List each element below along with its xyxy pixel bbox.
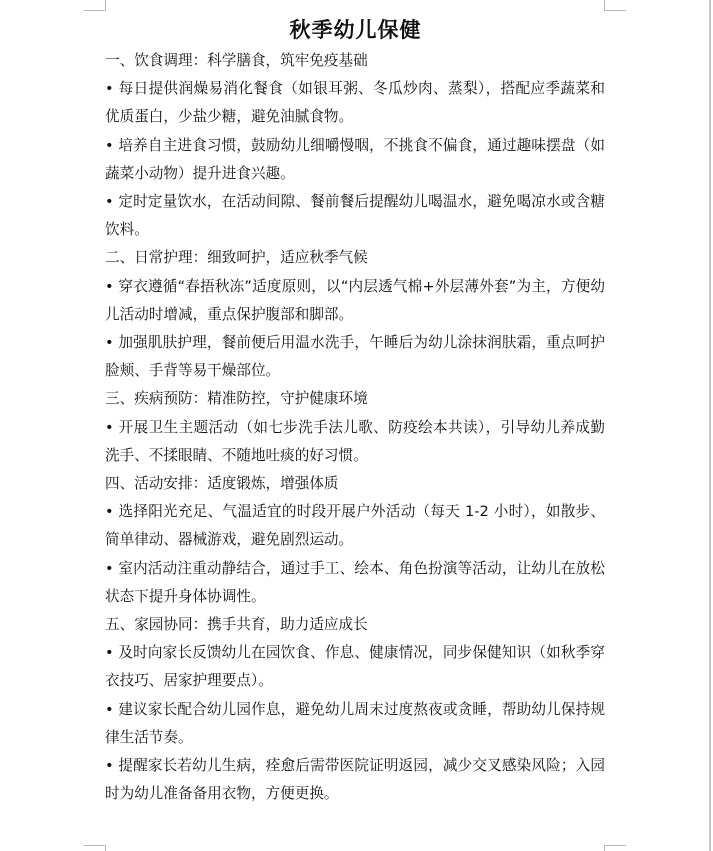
document-title: 秋季幼儿保健 — [0, 14, 711, 44]
bullet-item: • 室内活动注重动静结合，通过手工、绘本、角色扮演等活动，让幼儿在放松状态下提升… — [105, 555, 605, 611]
bullet-item: • 提醒家长若幼儿生病，痊愈后需带医院证明返园，减少交叉感染风险；入园时为幼儿准… — [105, 752, 605, 808]
bullet-item: • 培养自主进食习惯，鼓励幼儿细嚼慢咽，不挑食不偏食，通过趣味摆盘（如蔬菜小动物… — [105, 132, 605, 188]
bullet-item: • 开展卫生主题活动（如七步洗手法儿歌、防疫绘本共读），引导幼儿养成勤洗手、不揉… — [105, 414, 605, 470]
margin-mark-top-left — [84, 0, 106, 11]
section-heading: 二、日常护理：细致呵护，适应秋季气候 — [105, 244, 605, 272]
bullet-item: • 定时定量饮水，在活动间隙、餐前餐后提醒幼儿喝温水，避免喝凉水或含糖饮料。 — [105, 188, 605, 244]
margin-mark-bottom-left — [84, 845, 106, 851]
section-heading: 三、疾病预防：精准防控，守护健康环境 — [105, 385, 605, 413]
document-body[interactable]: 一、饮食调理：科学膳食，筑牢免疫基础 • 每日提供润燥易消化餐食（如银耳粥、冬瓜… — [105, 47, 605, 808]
section-heading: 一、饮食调理：科学膳食，筑牢免疫基础 — [105, 47, 605, 75]
bullet-item: • 建议家长配合幼儿园作息，避免幼儿周末过度熬夜或贪睡，帮助幼儿保持规律生活节奏… — [105, 696, 605, 752]
section-heading: 五、家园协同：携手共育，助力适应成长 — [105, 611, 605, 639]
section-heading: 四、活动安排：适度锻炼，增强体质 — [105, 470, 605, 498]
bullet-item: • 及时向家长反馈幼儿在园饮食、作息、健康情况，同步保健知识（如秋季穿衣技巧、居… — [105, 639, 605, 695]
bullet-item: • 选择阳光充足、气温适宜的时段开展户外活动（每天 1-2 小时），如散步、简单… — [105, 498, 605, 554]
document-page[interactable]: 秋季幼儿保健 一、饮食调理：科学膳食，筑牢免疫基础 • 每日提供润燥易消化餐食（… — [0, 0, 711, 851]
margin-mark-top-right — [604, 0, 626, 11]
margin-mark-bottom-right — [604, 845, 626, 851]
bullet-item: • 加强肌肤护理，餐前便后用温水洗手，午睡后为幼儿涂抹润肤霜，重点呵护脸颊、手背… — [105, 329, 605, 385]
bullet-item: • 穿衣遵循“春捂秋冻”适度原则，以“内层透气棉+外层薄外套”为主，方便幼儿活动… — [105, 273, 605, 329]
bullet-item: • 每日提供润燥易消化餐食（如银耳粥、冬瓜炒肉、蒸梨），搭配应季蔬菜和优质蛋白，… — [105, 75, 605, 131]
page-edge-border — [709, 0, 711, 851]
